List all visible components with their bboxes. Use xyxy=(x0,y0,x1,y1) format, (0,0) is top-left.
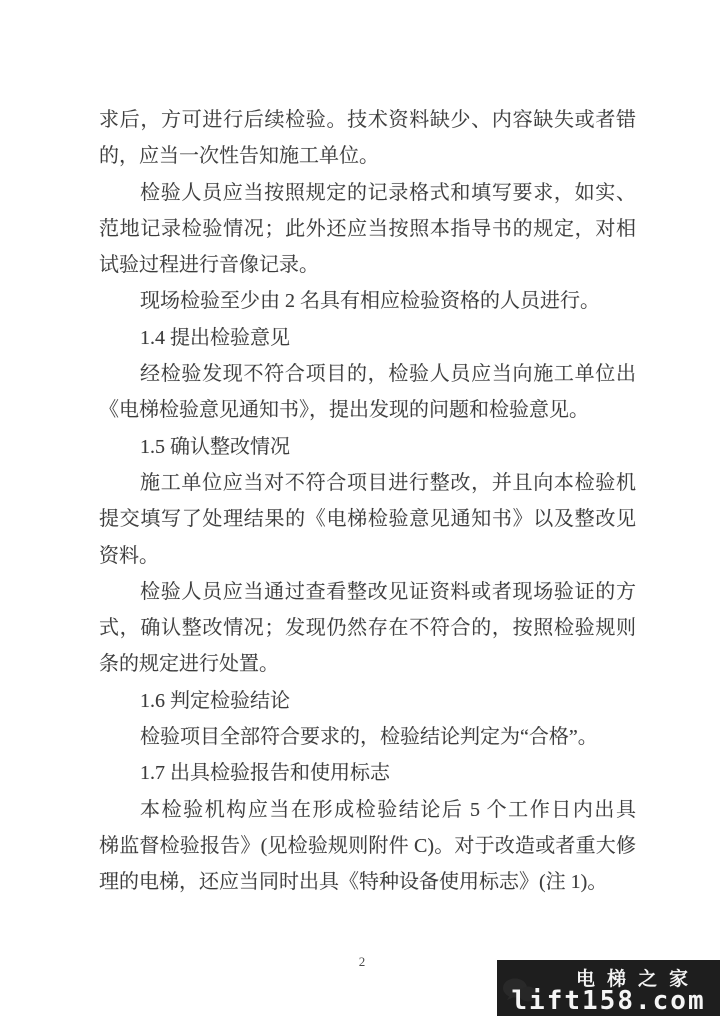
text-line: 的，应当一次性告知施工单位。 xyxy=(99,138,636,174)
text-line: 式，确认整改情况；发现仍然存在不符合的，按照检验规则 3.4 xyxy=(99,610,636,646)
watermark-banner: 电梯之家 lift158.com xyxy=(497,960,720,1016)
text-line: 资料。 xyxy=(99,538,636,574)
text-line: 1.4 提出检验意见 xyxy=(99,320,636,356)
text-line: 1.7 出具检验报告和使用标志 xyxy=(99,755,636,791)
text-line: 《电梯检验意见通知书》，提出发现的问题和检验意见。 xyxy=(99,392,636,428)
text-line: 1.5 确认整改情况 xyxy=(99,429,636,465)
watermark-url: lift158.com xyxy=(497,986,720,1016)
text-line: 施工单位应当对不符合项目进行整改，并且向本检验机构 xyxy=(99,465,636,501)
body-text: 求后，方可进行后续检验。技术资料缺少、内容缺失或者错误的，应当一次性告知施工单位… xyxy=(99,102,636,901)
text-line: 经检验发现不符合项目的，检验人员应当向施工单位出具 xyxy=(99,356,636,392)
document-page: 求后，方可进行后续检验。技术资料缺少、内容缺失或者错误的，应当一次性告知施工单位… xyxy=(0,0,720,1018)
text-line: 检验项目全部符合要求的，检验结论判定为“合格”。 xyxy=(99,719,636,755)
text-line: 求后，方可进行后续检验。技术资料缺少、内容缺失或者错误 xyxy=(99,102,636,138)
text-line: 试验过程进行音像记录。 xyxy=(99,247,636,283)
text-line: 检验人员应当通过查看整改见证资料或者现场验证的方 xyxy=(99,574,636,610)
text-line: 理的电梯，还应当同时出具《特种设备使用标志》(注 1)。 xyxy=(99,864,636,900)
page-number: 2 xyxy=(345,954,379,970)
text-line: 条的规定进行处置。 xyxy=(99,646,636,682)
text-line: 1.6 判定检验结论 xyxy=(99,683,636,719)
text-line: 提交填写了处理结果的《电梯检验意见通知书》以及整改见证 xyxy=(99,501,636,537)
text-line: 检验人员应当按照规定的记录格式和填写要求，如实、规 xyxy=(99,175,636,211)
text-line: 梯监督检验报告》(见检验规则附件 C)。对于改造或者重大修 xyxy=(99,828,636,864)
text-line: 本检验机构应当在形成检验结论后 5 个工作日内出具《电 xyxy=(99,792,636,828)
text-line: 现场检验至少由 2 名具有相应检验资格的人员进行。 xyxy=(99,283,636,319)
text-line: 范地记录检验情况；此外还应当按照本指导书的规定，对相关 xyxy=(99,211,636,247)
